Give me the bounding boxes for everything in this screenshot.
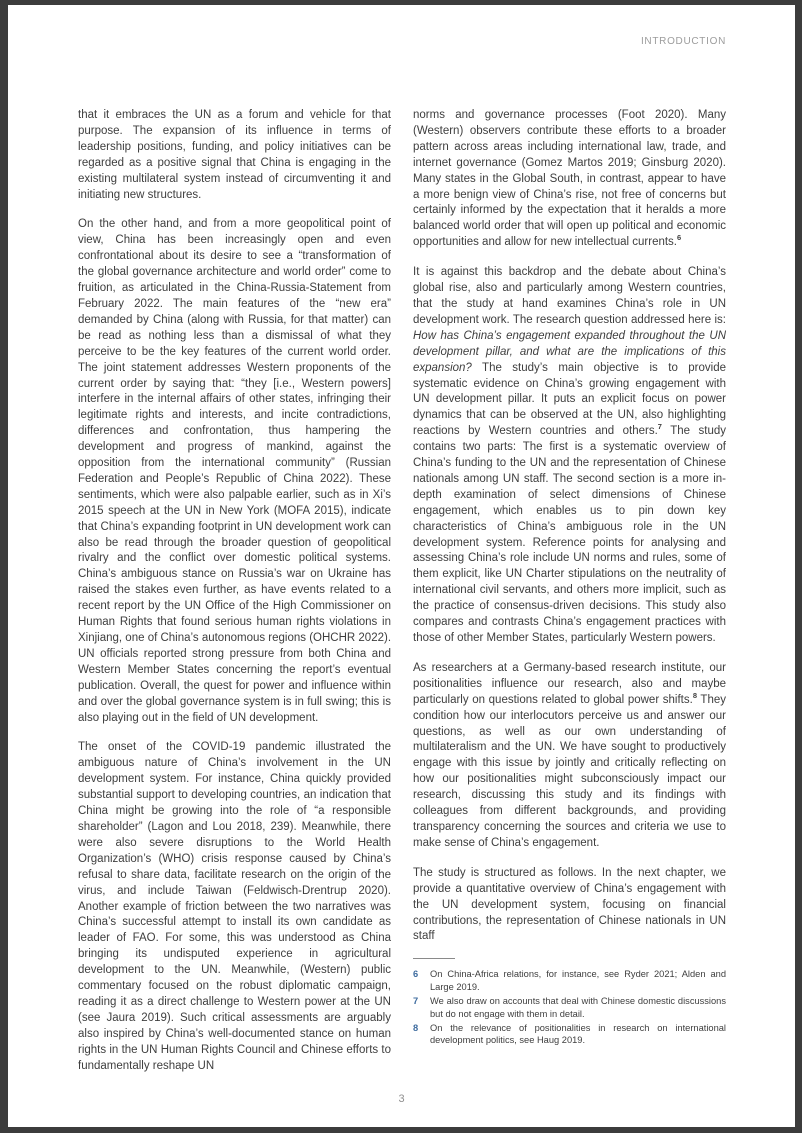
paragraph: It is against this backdrop and the deba… bbox=[413, 265, 726, 647]
body-text: As researchers at a Germany-based resear… bbox=[413, 662, 726, 706]
footnote: 6On China-Africa relations, for instance… bbox=[413, 968, 726, 993]
body-text: The study contains two parts: The first … bbox=[413, 425, 726, 644]
left-column-text: that it embraces the UN as a forum and v… bbox=[78, 108, 391, 1074]
body-text: The study is structured as follows. In t… bbox=[413, 867, 726, 943]
footnote-text: On China-Africa relations, for instance,… bbox=[430, 968, 726, 993]
paragraph: On the other hand, and from a more geopo… bbox=[78, 217, 391, 726]
body-text: It is against this backdrop and the deba… bbox=[413, 266, 726, 326]
footnote-separator bbox=[413, 958, 455, 959]
body-text: The onset of the COVID-19 pandemic illus… bbox=[78, 741, 391, 1071]
body-text: norms and governance processes (Foot 202… bbox=[413, 109, 726, 248]
left-column: that it embraces the UN as a forum and v… bbox=[78, 108, 391, 1074]
paragraph: As researchers at a Germany-based resear… bbox=[413, 661, 726, 852]
body-text: They condition how our interlocutors per… bbox=[413, 694, 726, 849]
footnote-number: 6 bbox=[413, 968, 430, 993]
right-column-text: norms and governance processes (Foot 202… bbox=[413, 108, 726, 945]
footnote-text: On the relevance of positionalities in r… bbox=[430, 1022, 726, 1047]
footnote-marker: 6 bbox=[677, 233, 681, 242]
document-page: INTRODUCTION that it embraces the UN as … bbox=[8, 5, 795, 1127]
pdf-viewer-background: INTRODUCTION that it embraces the UN as … bbox=[0, 0, 802, 1133]
paragraph: norms and governance processes (Foot 202… bbox=[413, 108, 726, 251]
footnote: 8On the relevance of positionalities in … bbox=[413, 1022, 726, 1047]
right-column: norms and governance processes (Foot 202… bbox=[413, 108, 726, 1049]
body-text: On the other hand, and from a more geopo… bbox=[78, 218, 391, 723]
footnotes-section: 6On China-Africa relations, for instance… bbox=[413, 958, 726, 1046]
footnote-text: We also draw on accounts that deal with … bbox=[430, 995, 726, 1020]
paragraph: that it embraces the UN as a forum and v… bbox=[78, 108, 391, 203]
footnote-number: 8 bbox=[413, 1022, 430, 1047]
footnote-number: 7 bbox=[413, 995, 430, 1020]
footnote-list: 6On China-Africa relations, for instance… bbox=[413, 968, 726, 1046]
body-text: that it embraces the UN as a forum and v… bbox=[78, 109, 391, 201]
paragraph: The onset of the COVID-19 pandemic illus… bbox=[78, 740, 391, 1074]
footnote: 7We also draw on accounts that deal with… bbox=[413, 995, 726, 1020]
running-header: INTRODUCTION bbox=[641, 36, 726, 47]
paragraph: The study is structured as follows. In t… bbox=[413, 866, 726, 946]
page-number: 3 bbox=[8, 1093, 795, 1105]
